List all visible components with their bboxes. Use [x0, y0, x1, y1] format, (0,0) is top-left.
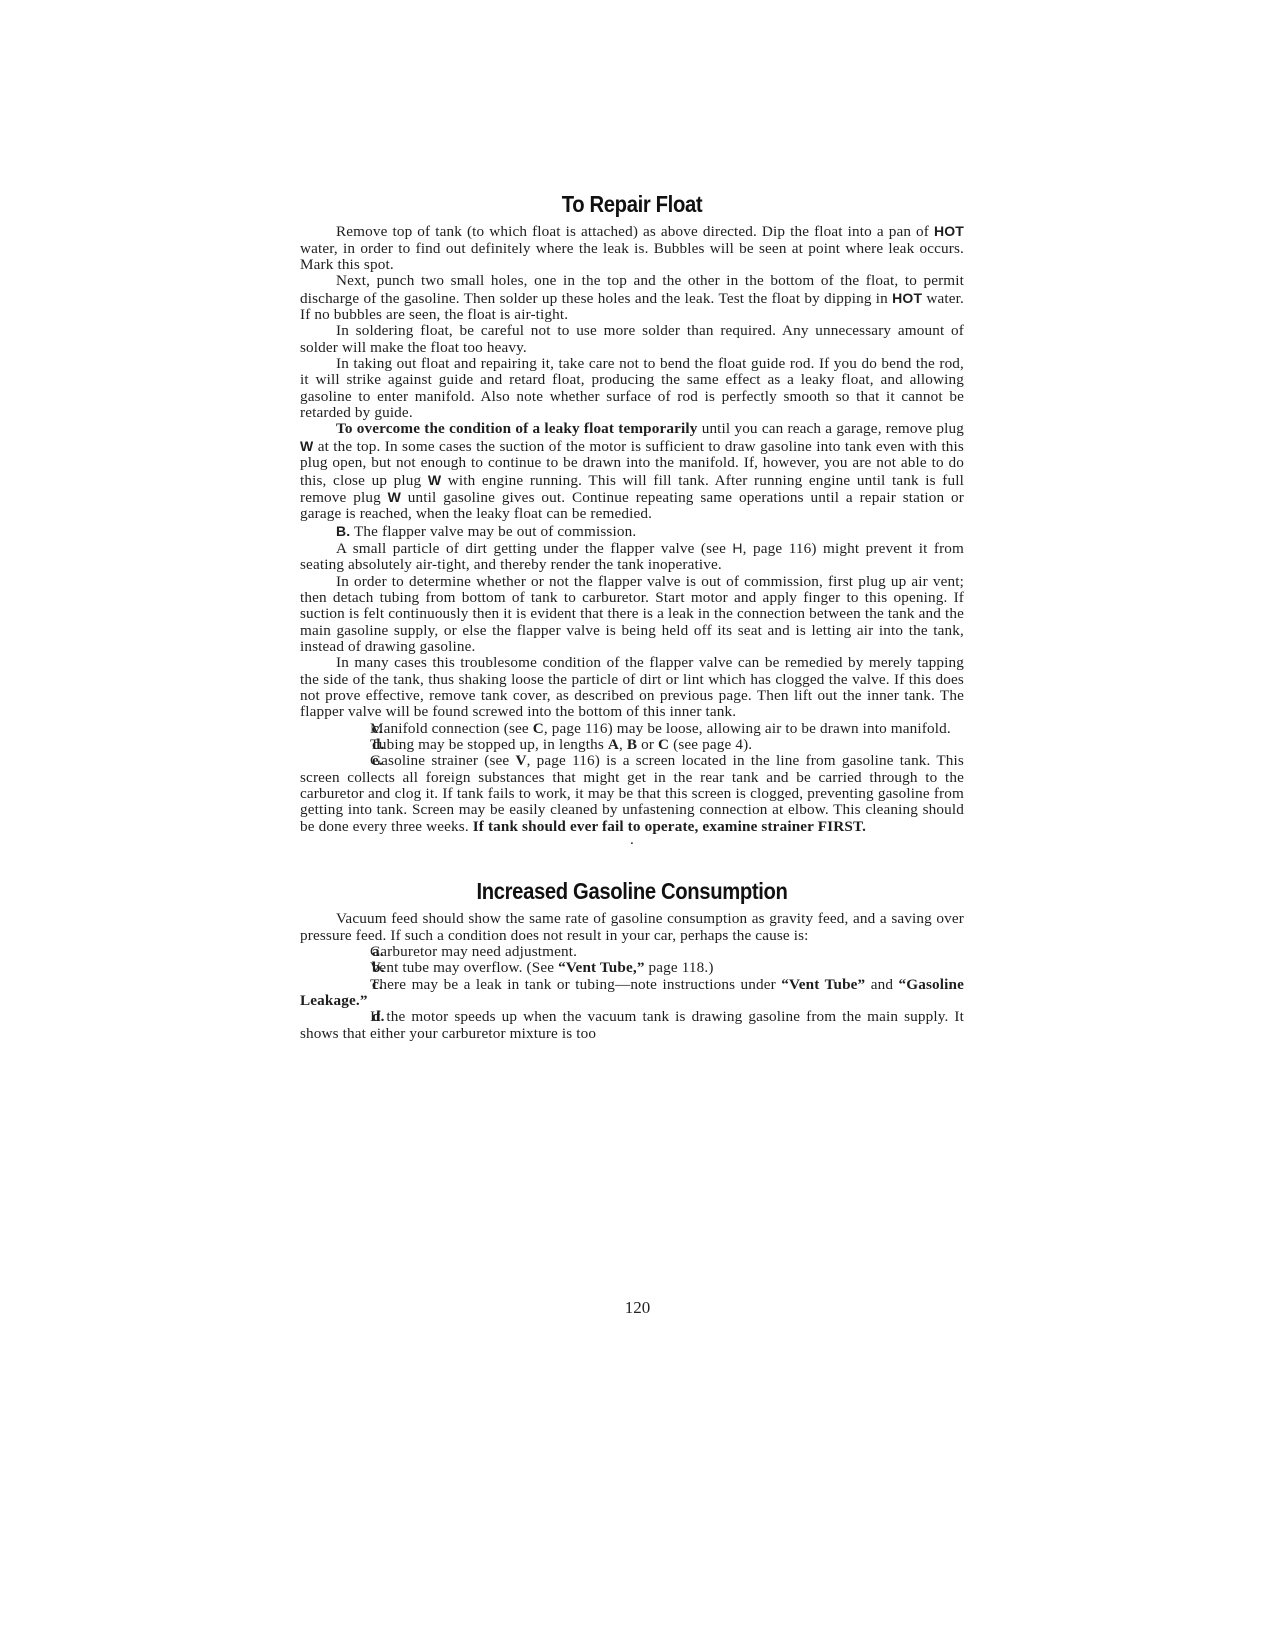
paragraph: e.Gasoline strainer (see V, page 116) is… — [300, 753, 964, 835]
paragraph: In order to determine whether or not the… — [300, 574, 964, 656]
bold-text: V — [515, 752, 526, 769]
section-title-increased-consumption: Increased Gasoline Consumption — [340, 883, 924, 899]
document-page: To Repair Float Remove top of tank (to w… — [300, 196, 964, 1042]
list-label: c. — [336, 977, 370, 993]
reference-letter: W — [388, 489, 401, 505]
section-title-repair-float: To Repair Float — [340, 196, 924, 212]
paragraph: In soldering float, be careful not to us… — [300, 323, 964, 356]
section-body-repair-float: Remove top of tank (to which float is at… — [300, 223, 964, 835]
bold-text: “Vent Tube,” — [558, 959, 645, 976]
bold-text: “Vent Tube” — [781, 976, 865, 993]
section-body-increased-consumption: Vacuum feed should show the same rate of… — [300, 911, 964, 1042]
list-label: a. — [336, 944, 370, 960]
paragraph: d.Tubing may be stopped up, in lengths A… — [300, 737, 964, 753]
reference-letter: HOT — [934, 223, 964, 239]
bold-text: “Gasoline Leakage.” — [300, 976, 964, 1009]
paragraph: Vacuum feed should show the same rate of… — [300, 911, 964, 944]
paragraph: Remove top of tank (to which float is at… — [300, 223, 964, 273]
reference-letter: H — [732, 540, 742, 556]
paragraph: c.Manifold connection (see C, page 116) … — [300, 721, 964, 737]
reference-letter: W — [300, 438, 313, 454]
list-label: e. — [336, 753, 370, 769]
bold-text: A — [608, 736, 619, 753]
reference-letter: HOT — [892, 290, 922, 306]
list-label: c. — [336, 721, 370, 737]
paragraph: a.Carburetor may need adjustment. — [300, 944, 964, 960]
bold-text: If tank should ever fail to operate, exa… — [473, 818, 866, 835]
separator-dot: · — [300, 839, 964, 849]
paragraph: In many cases this troublesome condition… — [300, 655, 964, 720]
paragraph: A small particle of dirt getting under t… — [300, 540, 964, 574]
paragraph: In taking out float and repairing it, ta… — [300, 356, 964, 421]
paragraph: d.If the motor speeds up when the vacuum… — [300, 1009, 964, 1042]
paragraph: B. The flapper valve may be out of commi… — [300, 523, 964, 540]
reference-letter: W — [428, 472, 441, 488]
list-label: b. — [336, 960, 370, 976]
reference-letter: B. — [336, 523, 350, 539]
paragraph: To overcome the condition of a leaky flo… — [300, 421, 964, 522]
paragraph: c.There may be a leak in tank or tubing—… — [300, 977, 964, 1010]
page-number: 120 — [0, 1298, 1275, 1318]
bold-text: C — [533, 720, 544, 737]
bold-text: To overcome the condition of a leaky flo… — [336, 420, 698, 437]
list-label: d. — [336, 1009, 370, 1025]
bold-text: B — [627, 736, 637, 753]
paragraph: b.Vent tube may overflow. (See “Vent Tub… — [300, 960, 964, 976]
bold-text: C — [658, 736, 669, 753]
paragraph: Next, punch two small holes, one in the … — [300, 273, 964, 323]
list-label: d. — [336, 737, 370, 753]
